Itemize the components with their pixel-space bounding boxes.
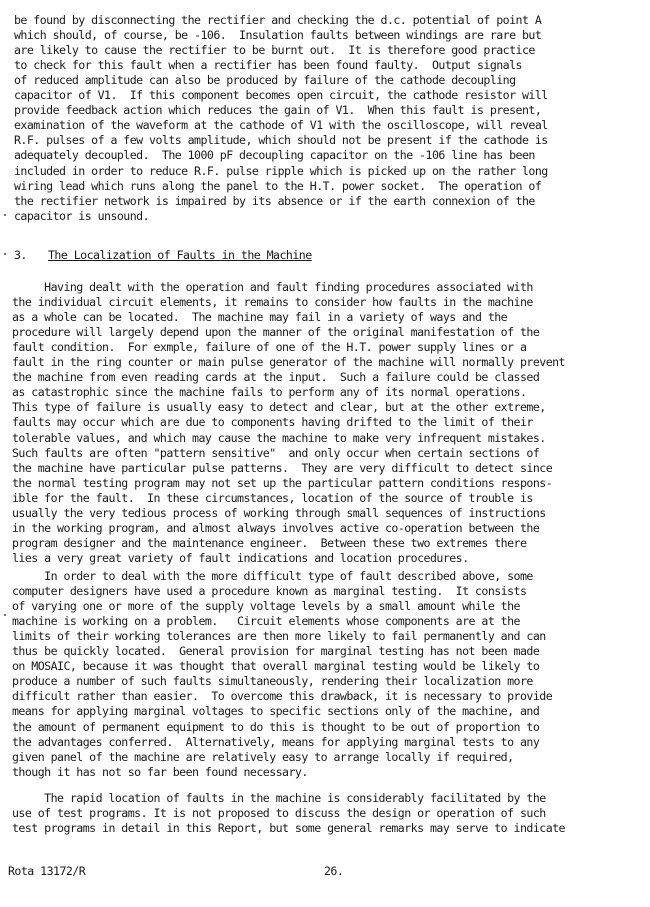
text-line: produce a number of such faults simultan… [12, 674, 533, 689]
text-line: This type of failure is usually easy to … [12, 400, 546, 415]
text-line: R.F. pulses of a few volts amplitude, wh… [14, 133, 548, 148]
text-line: as a whole can be located. The machine m… [12, 310, 507, 325]
text-line: difficult rather than easier. To overcom… [12, 689, 552, 704]
text-line: thus be quickly located. General provisi… [12, 644, 539, 659]
footer-reference: Rota 13172/R [8, 864, 85, 878]
text-line: as catastrophic since the machine fails … [12, 385, 526, 400]
text-line: the individual circuit elements, it rema… [12, 295, 533, 310]
text-line: wiring lead which runs along the panel t… [14, 179, 541, 194]
text-line: fault in the ring counter or main pulse … [12, 355, 565, 370]
text-line: computer designers have used a procedure… [12, 584, 526, 599]
text-line: program designer and the maintenance eng… [12, 536, 526, 551]
text-line: of reduced amplitude can also be produce… [14, 73, 516, 88]
text-line: means for applying marginal voltages to … [12, 704, 539, 719]
text-line: the normal testing program may not set u… [12, 476, 552, 491]
text-line: the machine from even reading cards at t… [12, 370, 539, 385]
text-line: to check for this fault when a rectifier… [14, 58, 522, 73]
text-line: faults may occur which are due to compon… [12, 415, 533, 430]
text-line: on MOSAIC, because it was thought that o… [12, 659, 539, 674]
scan-speck [4, 614, 6, 616]
text-line: included in order to reduce R.F. pulse r… [14, 164, 548, 179]
document-page: be found by disconnecting the rectifier … [0, 0, 650, 907]
text-line: the advantages conferred. Alternatively,… [12, 735, 539, 750]
text-line: machine is working on a problem. Circuit… [12, 614, 520, 629]
text-line: limits of their working tolerances are t… [12, 629, 546, 644]
text-line: examination of the waveform at the catho… [14, 118, 548, 133]
text-line: ible for the fault. In these circumstanc… [12, 491, 533, 506]
text-line: are likely to cause the rectifier to be … [14, 43, 535, 58]
text-line: procedure will largely depend upon the m… [12, 325, 539, 340]
text-line: Having dealt with the operation and faul… [12, 280, 533, 295]
text-line: use of test programs. It is not proposed… [12, 806, 546, 821]
section-heading: The Localization of Faults in the Machin… [48, 248, 312, 262]
text-line: adequately decoupled. The 1000 pF decoup… [14, 148, 535, 163]
text-line: tolerable values, and which may cause th… [12, 431, 546, 446]
text-line: The rapid location of faults in the mach… [12, 791, 546, 806]
text-line: test programs in detail in this Report, … [12, 821, 565, 836]
text-line: usually the very tedious process of work… [12, 506, 546, 521]
text-line: of varying one or more of the supply vol… [12, 599, 520, 614]
text-line: the amount of permanent equipment to do … [12, 720, 539, 735]
text-line: in the working program, and almost alway… [12, 521, 539, 536]
text-line: lies a very great variety of fault indic… [12, 551, 469, 566]
text-line: be found by disconnecting the rectifier … [14, 13, 541, 28]
text-line: In order to deal with the more difficult… [12, 569, 533, 584]
text-line: provide feedback action which reduces th… [14, 103, 541, 118]
text-line: given panel of the machine are relativel… [12, 750, 514, 765]
text-line: capacitor of V1. If this component becom… [14, 88, 548, 103]
page-number: 26. [324, 864, 343, 878]
text-line: though it has not so far been found nece… [12, 765, 308, 780]
text-line: the machine have particular pulse patter… [12, 461, 552, 476]
scan-speck [4, 253, 6, 255]
text-line: which should, of course, be -106. Insula… [14, 28, 541, 43]
text-line: fault condition. For exmple, failure of … [12, 340, 526, 355]
section-number: 3. [14, 248, 27, 262]
text-line: capacitor is unsound. [14, 209, 149, 224]
text-line: the rectifier network is impaired by its… [14, 194, 535, 209]
text-line: Such faults are often "pattern sensitive… [12, 446, 539, 461]
scan-speck [4, 214, 6, 216]
